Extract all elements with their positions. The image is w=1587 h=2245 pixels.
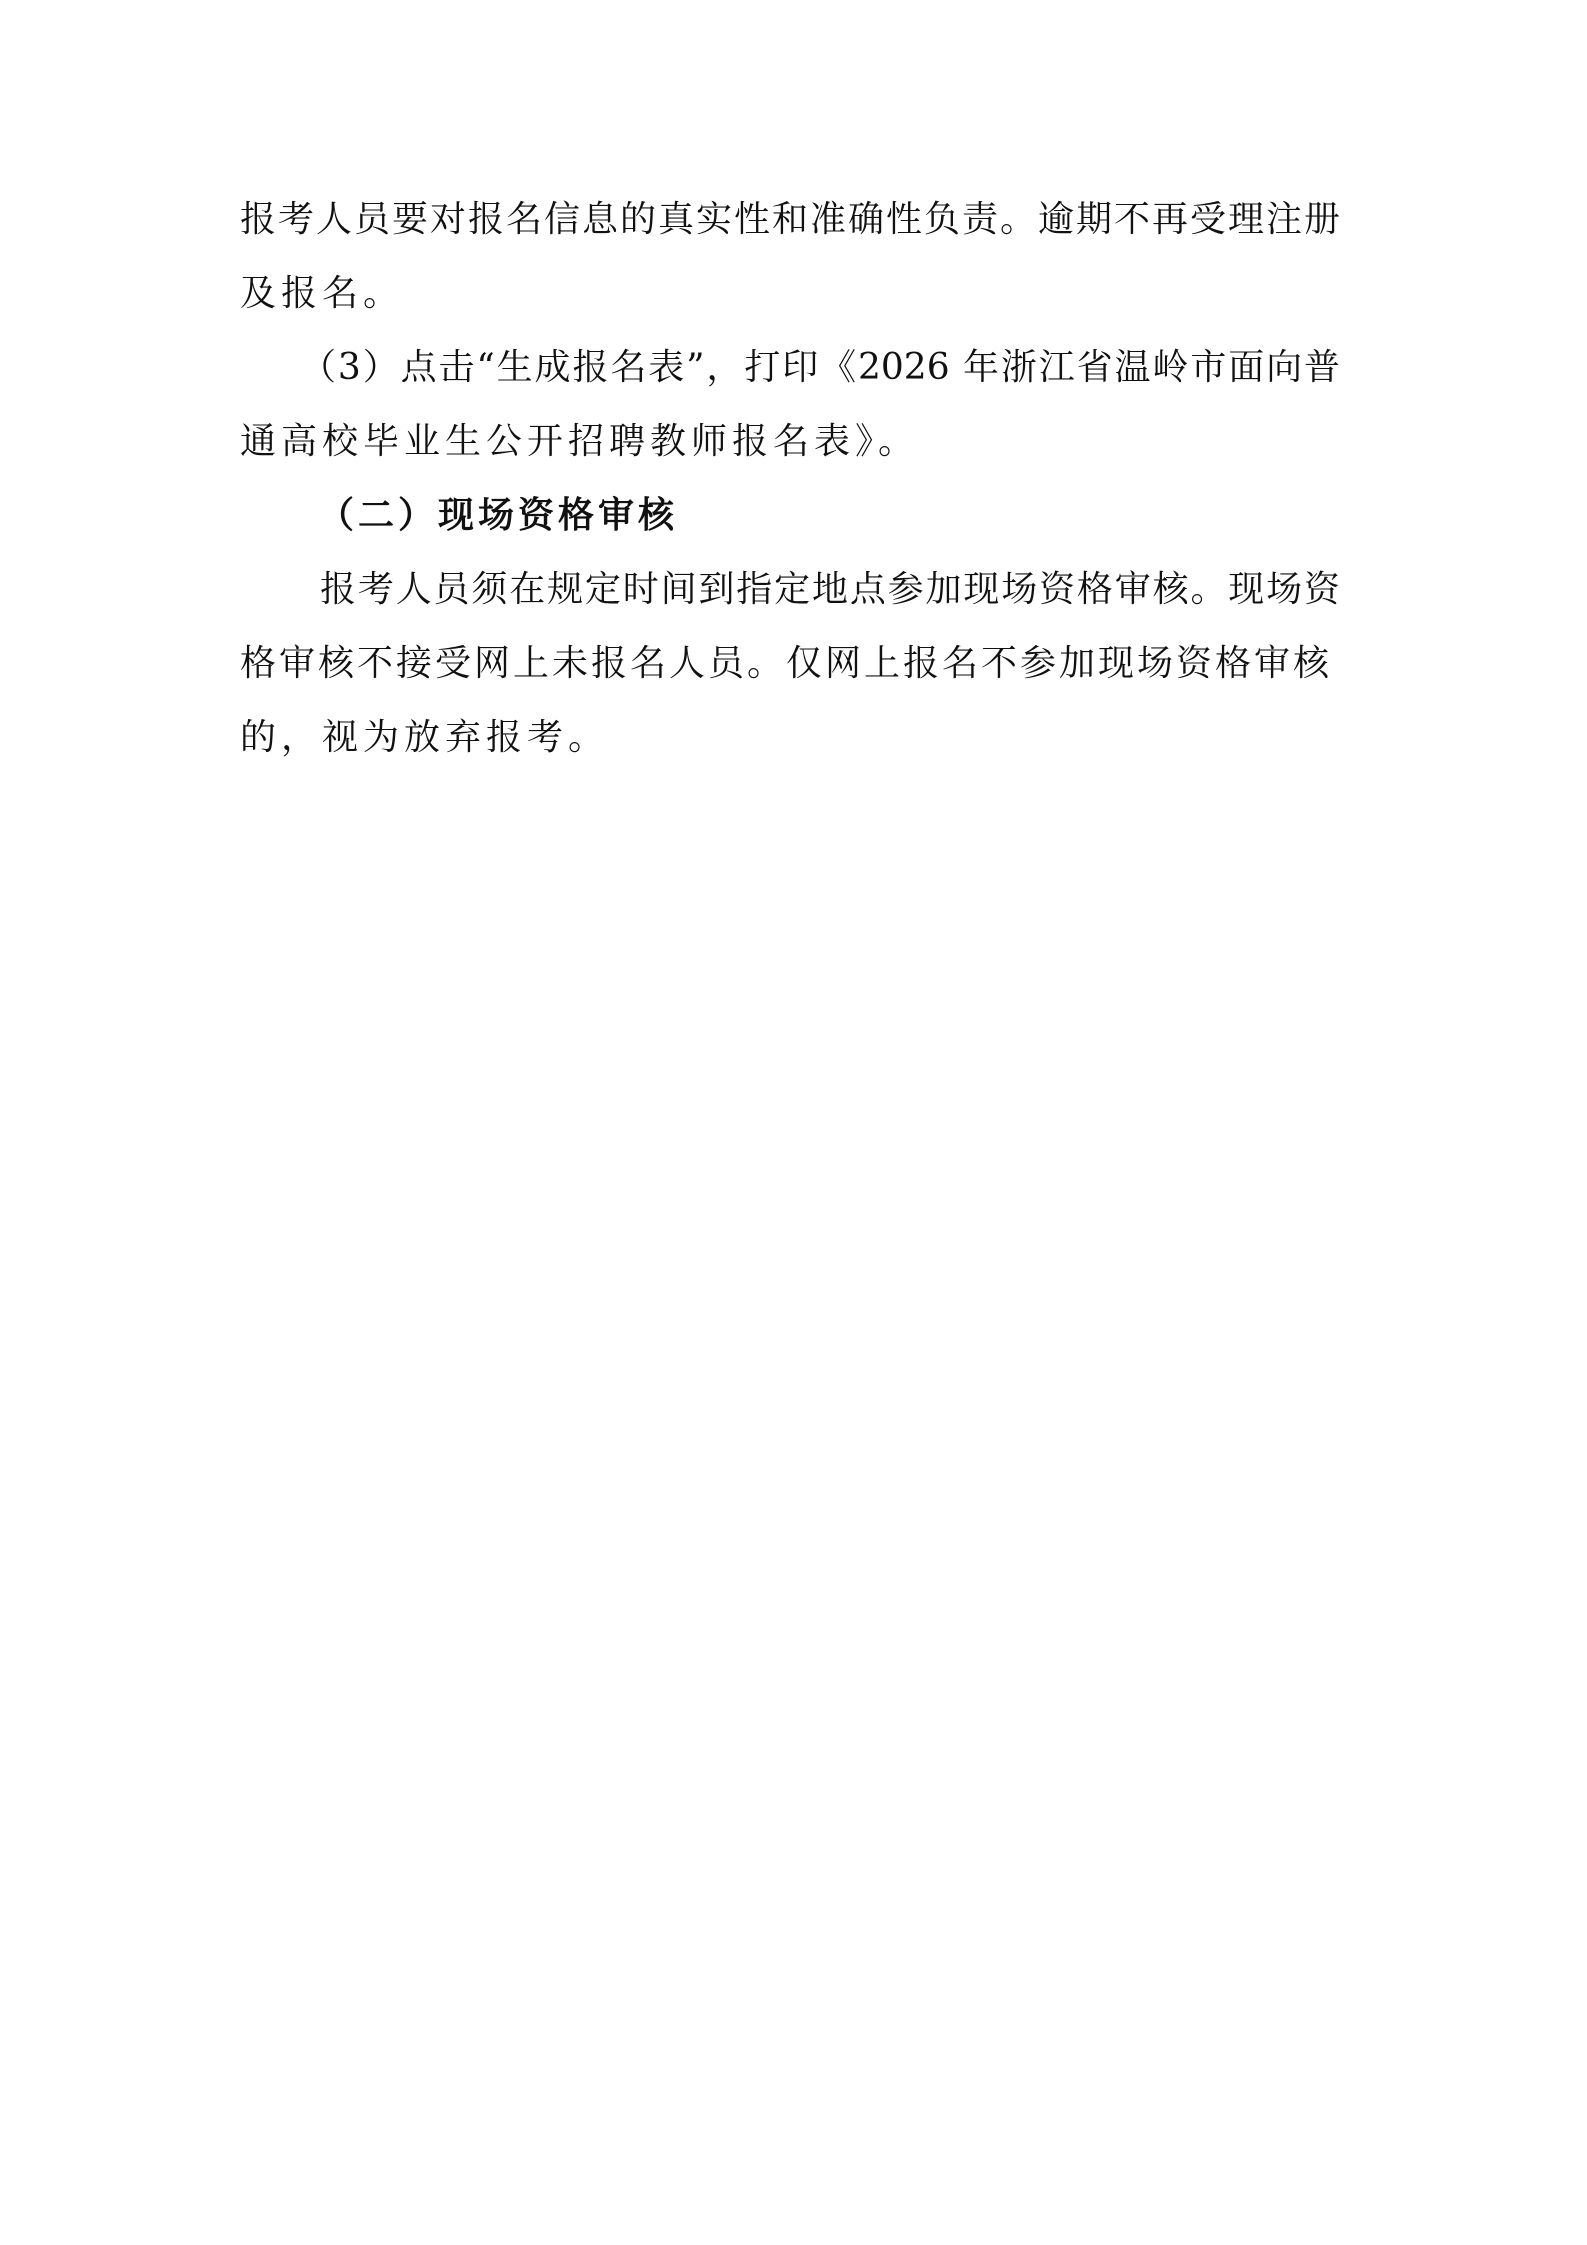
paragraph-line: 的，视为放弃报考。 — [240, 714, 609, 762]
paragraph-line: 格审核不接受网上未报名人员。仅网上报名不参加现场资格审核 — [240, 640, 1332, 688]
document-page: 报考人员要对报名信息的真实性和准确性负责。逾期不再受理注册 及报名。 （3）点击… — [0, 0, 1587, 2245]
paragraph-line: 通高校毕业生公开招聘教师报名表》。 — [240, 418, 919, 466]
paragraph-line: （3）点击“生成报名表”，打印《2026 年浙江省温岭市面向普 — [300, 344, 1340, 392]
section-heading: （二）现场资格审核 — [318, 492, 678, 540]
paragraph-line: 及报名。 — [240, 270, 404, 318]
paragraph-line: 报考人员须在规定时间到指定地点参加现场资格审核。现场资 — [320, 566, 1340, 614]
paragraph-line: 报考人员要对报名信息的真实性和准确性负责。逾期不再受理注册 — [240, 196, 1340, 244]
